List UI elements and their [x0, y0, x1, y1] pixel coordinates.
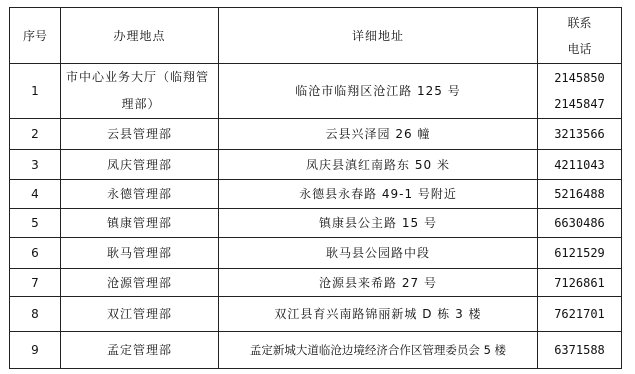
table-header-row: 序号 办理地点 详细地址 联系 电话 [10, 8, 622, 64]
row-phone: 3213566 [538, 119, 622, 150]
row-place-line2: 理部） [66, 91, 216, 118]
row-place: 市中心业务大厅（临翔管 理部） [61, 64, 219, 119]
table-row: 7 沧源管理部 沧源县来希路 27 号 7126861 [10, 269, 622, 297]
row-phone: 6371588 [538, 332, 622, 369]
table-row: 1 市中心业务大厅（临翔管 理部） 临沧市临翔区沧江路 125 号 214585… [10, 64, 622, 119]
row-phone: 4211043 [538, 150, 622, 180]
row-place: 沧源管理部 [61, 269, 219, 297]
row-seq: 5 [10, 209, 61, 238]
row-place: 凤庆管理部 [61, 150, 219, 180]
row-address: 云县兴泽园 26 幢 [219, 119, 538, 150]
row-phone: 5216488 [538, 180, 622, 209]
row-phone: 2145850 2145847 [538, 64, 622, 119]
table-row: 3 凤庆管理部 凤庆县滇红南路东 50 米 4211043 [10, 150, 622, 180]
table-row: 9 孟定管理部 孟定新城大道临沧边境经济合作区管理委员会 5 楼 6371588 [10, 332, 622, 369]
row-place: 镇康管理部 [61, 209, 219, 238]
row-address: 耿马县公园路中段 [219, 238, 538, 269]
row-phone-2: 2145847 [554, 97, 605, 111]
row-phone: 6630486 [538, 209, 622, 238]
row-address: 凤庆县滇红南路东 50 米 [219, 150, 538, 180]
row-address: 镇康县公主路 15 号 [219, 209, 538, 238]
row-address: 临沧市临翔区沧江路 125 号 [219, 64, 538, 119]
office-locations-table: 序号 办理地点 详细地址 联系 电话 1 市中心业务大厅（临翔管 理部） 临沧市… [9, 7, 622, 369]
row-phone: 7126861 [538, 269, 622, 297]
row-seq: 7 [10, 269, 61, 297]
row-seq: 2 [10, 119, 61, 150]
table-row: 6 耿马管理部 耿马县公园路中段 6121529 [10, 238, 622, 269]
row-seq: 8 [10, 297, 61, 332]
row-place: 双江管理部 [61, 297, 219, 332]
header-place: 办理地点 [61, 8, 219, 64]
row-seq: 3 [10, 150, 61, 180]
table-row: 5 镇康管理部 镇康县公主路 15 号 6630486 [10, 209, 622, 238]
table-row: 4 永德管理部 永德县永春路 49-1 号附近 5216488 [10, 180, 622, 209]
table-row: 2 云县管理部 云县兴泽园 26 幢 3213566 [10, 119, 622, 150]
row-seq: 6 [10, 238, 61, 269]
row-place: 孟定管理部 [61, 332, 219, 369]
row-address: 孟定新城大道临沧边境经济合作区管理委员会 5 楼 [219, 332, 538, 369]
header-address: 详细地址 [219, 8, 538, 64]
row-phone: 6121529 [538, 238, 622, 269]
header-seq: 序号 [10, 8, 61, 64]
row-address: 永德县永春路 49-1 号附近 [219, 180, 538, 209]
row-place-line1: 市中心业务大厅（临翔管 [66, 70, 209, 84]
row-seq: 1 [10, 64, 61, 119]
header-phone-line2: 电话 [567, 42, 591, 56]
row-phone: 7621701 [538, 297, 622, 332]
row-address: 沧源县来希路 27 号 [219, 269, 538, 297]
row-phone-1: 2145850 [554, 71, 605, 85]
row-seq: 9 [10, 332, 61, 369]
table-row: 8 双江管理部 双江县育兴南路锦丽新城 D 栋 3 楼 7621701 [10, 297, 622, 332]
row-address: 双江县育兴南路锦丽新城 D 栋 3 楼 [219, 297, 538, 332]
header-phone-line1: 联系 [567, 16, 591, 30]
row-place: 耿马管理部 [61, 238, 219, 269]
header-phone: 联系 电话 [538, 8, 622, 64]
row-seq: 4 [10, 180, 61, 209]
row-place: 永德管理部 [61, 180, 219, 209]
row-place: 云县管理部 [61, 119, 219, 150]
